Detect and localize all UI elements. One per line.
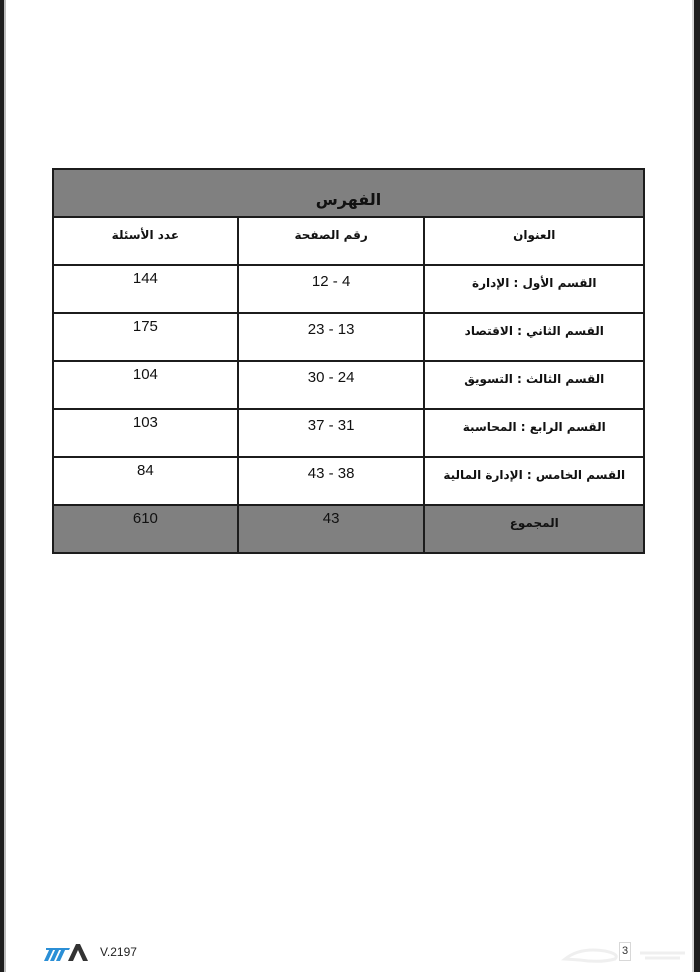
- pages-cell: 31 - 37: [238, 409, 425, 457]
- total-row: المجموع 43 610: [53, 505, 644, 553]
- table-title: الفهرس: [53, 169, 644, 217]
- header-section: العنوان: [424, 217, 644, 265]
- page-edge-right-shadow: [692, 0, 694, 972]
- table-row: القسم الخامس : الإدارة المالية 38 - 43 8…: [53, 457, 644, 505]
- brand-logo-icon: [42, 942, 90, 962]
- version-label: V.2197: [100, 945, 137, 959]
- questions-cell: 104: [53, 361, 238, 409]
- page-edge-right: [694, 0, 700, 972]
- page-number: 3: [619, 942, 631, 961]
- section-cell: القسم الأول : الإدارة: [424, 265, 644, 313]
- pages-cell: 4 - 12: [238, 265, 425, 313]
- section-cell: القسم الرابع : المحاسبة: [424, 409, 644, 457]
- total-label: المجموع: [424, 505, 644, 553]
- questions-cell: 103: [53, 409, 238, 457]
- section-cell: القسم الثاني : الاقتصاد: [424, 313, 644, 361]
- title-row: الفهرس: [53, 169, 644, 217]
- table-row: القسم الثالث : التسويق 24 - 30 104: [53, 361, 644, 409]
- table-row: القسم الرابع : المحاسبة 31 - 37 103: [53, 409, 644, 457]
- index-table: الفهرس العنوان رقم الصفحة عدد الأسئلة ال…: [52, 168, 645, 554]
- table-row: القسم الثاني : الاقتصاد 13 - 23 175: [53, 313, 644, 361]
- total-questions: 610: [53, 505, 238, 553]
- questions-cell: 84: [53, 457, 238, 505]
- questions-cell: 144: [53, 265, 238, 313]
- section-cell: القسم الثالث : التسويق: [424, 361, 644, 409]
- header-pages: رقم الصفحة: [238, 217, 425, 265]
- header-questions: عدد الأسئلة: [53, 217, 238, 265]
- pages-cell: 13 - 23: [238, 313, 425, 361]
- total-pages: 43: [238, 505, 425, 553]
- page-edge-left-shadow: [4, 0, 6, 972]
- questions-cell: 175: [53, 313, 238, 361]
- table-row: القسم الأول : الإدارة 4 - 12 144: [53, 265, 644, 313]
- header-row: العنوان رقم الصفحة عدد الأسئلة: [53, 217, 644, 265]
- pages-cell: 24 - 30: [238, 361, 425, 409]
- section-cell: القسم الخامس : الإدارة المالية: [424, 457, 644, 505]
- pages-cell: 38 - 43: [238, 457, 425, 505]
